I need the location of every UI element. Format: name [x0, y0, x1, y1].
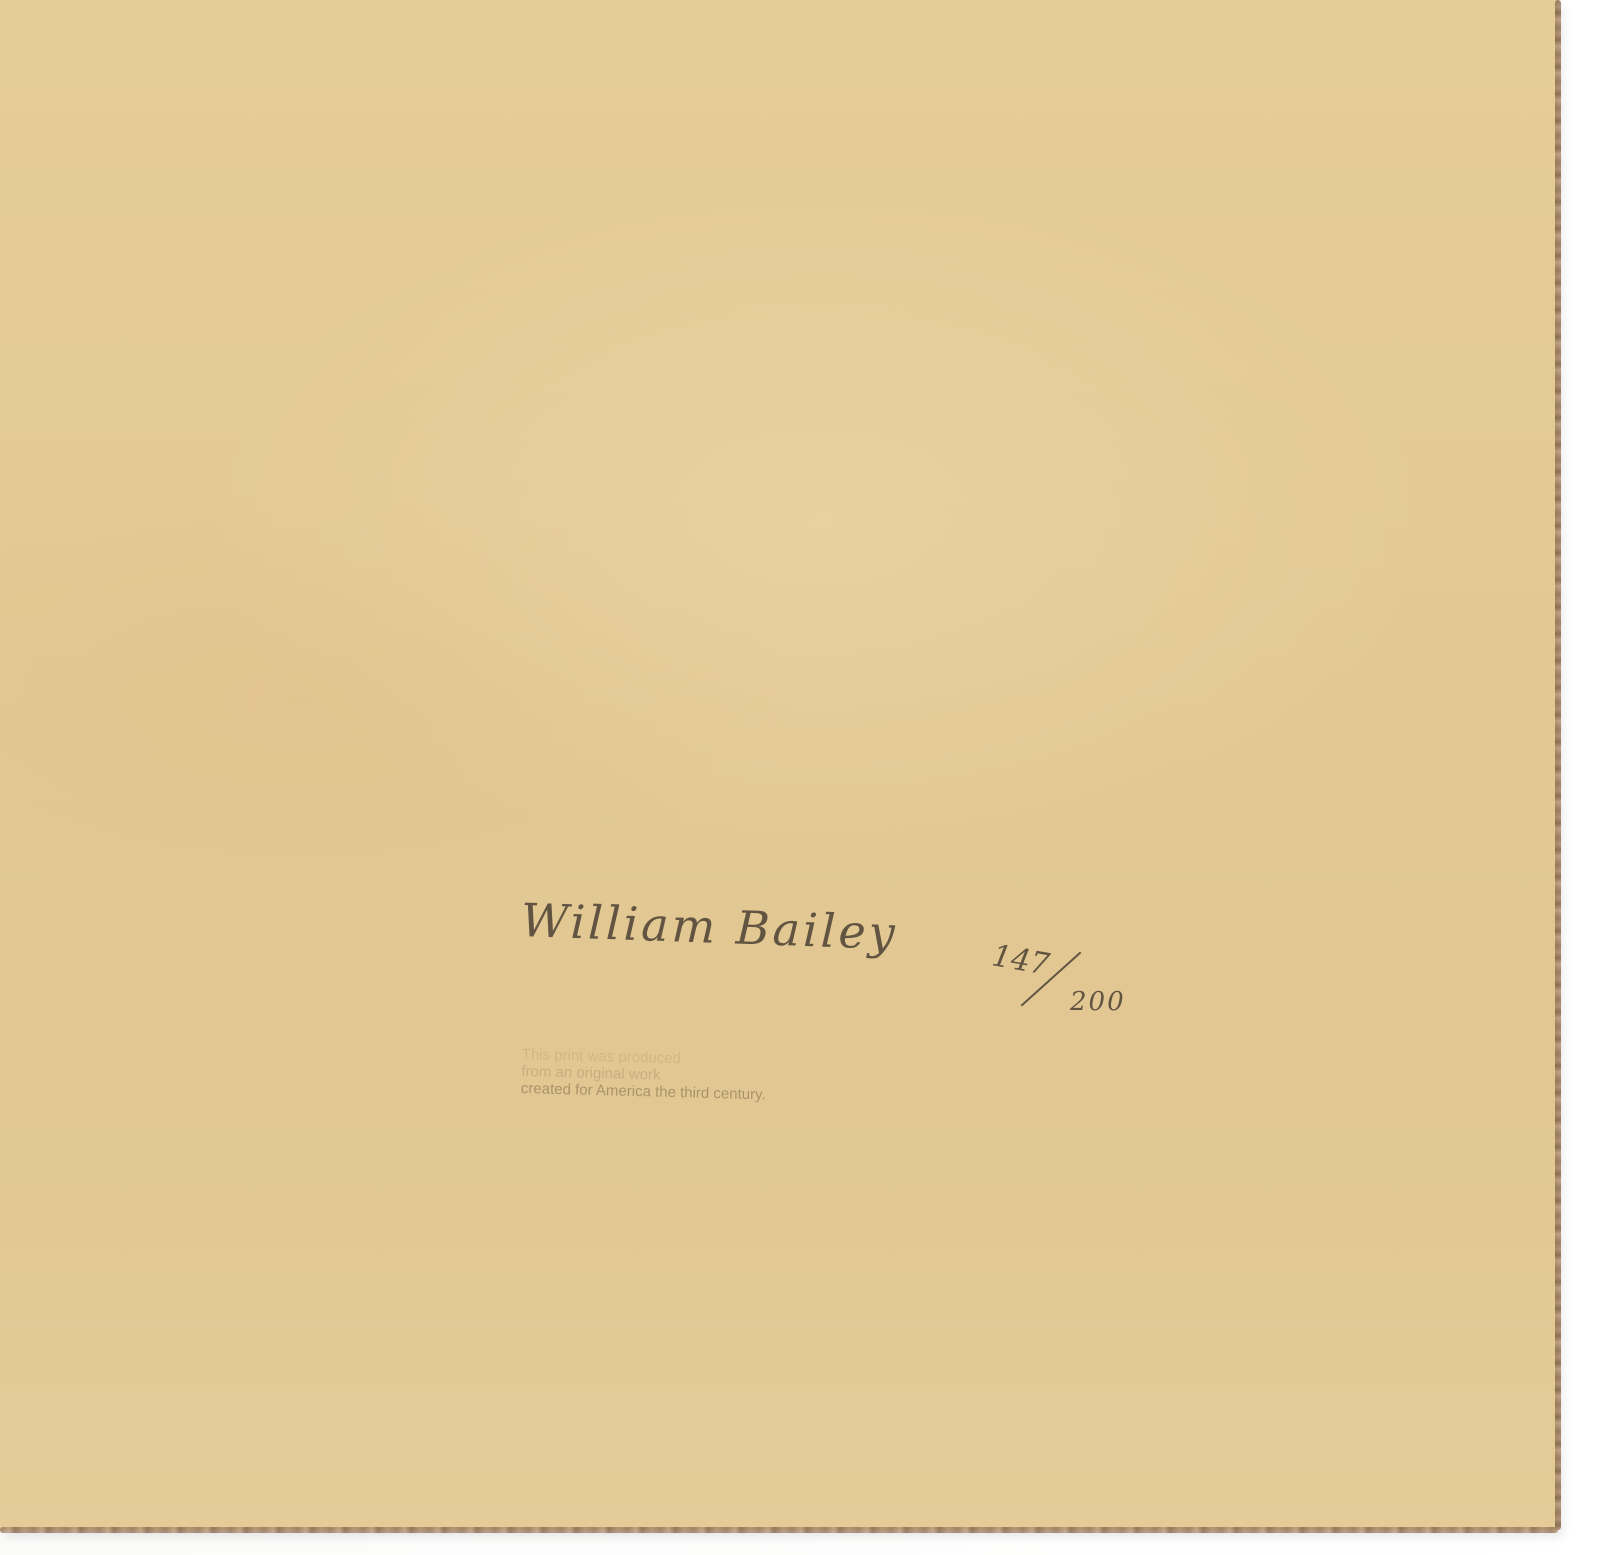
artist-signature: William Bailey	[520, 893, 899, 960]
deckled-bottom-edge	[0, 1527, 1558, 1533]
photo-stage: William Bailey 147 200 This print was pr…	[0, 0, 1600, 1555]
deckled-right-edge	[1555, 0, 1561, 1530]
edition-numerator: 147	[989, 938, 1051, 982]
signature-block: William Bailey 147 200	[522, 893, 1162, 1023]
edition-denominator: 200	[1070, 987, 1126, 1017]
edition-number: 147 200	[992, 943, 1152, 1023]
printed-colophon: This print was produced from an original…	[521, 1046, 767, 1103]
print-paper: William Bailey 147 200 This print was pr…	[0, 0, 1558, 1530]
